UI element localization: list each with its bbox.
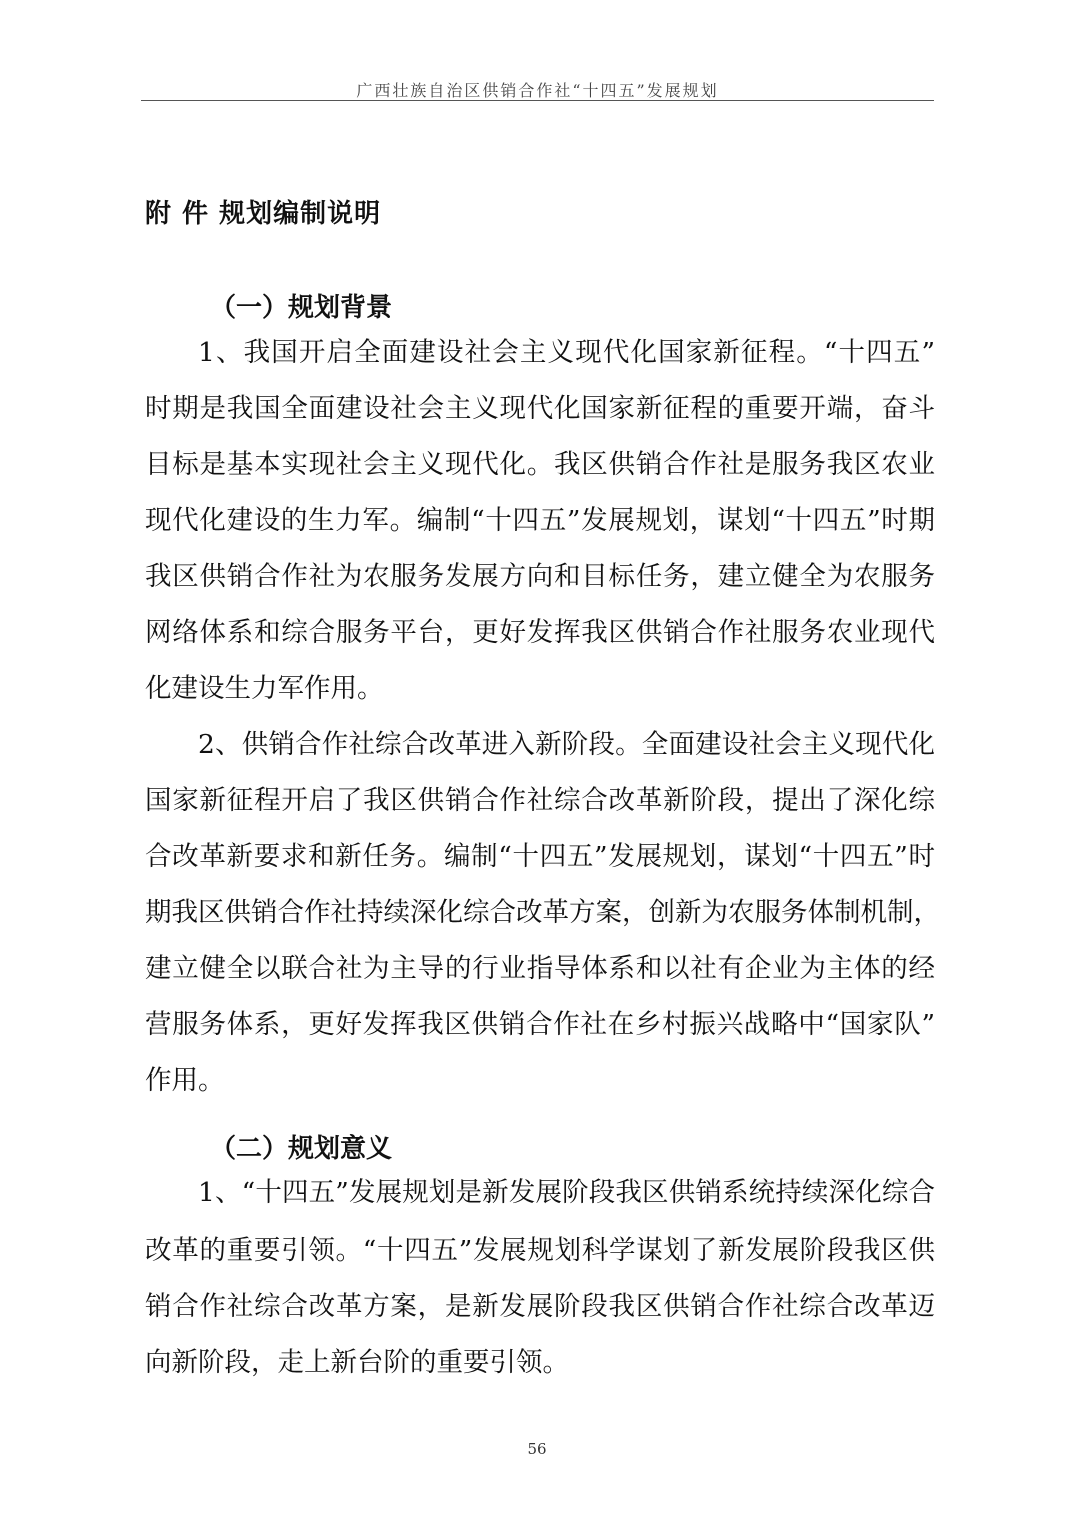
text-line: 期我区供销合作社持续深化综合改革方案，创新为农服务体制机制， [145,896,935,930]
text-line: 1、我国开启全面建设社会主义现代化国家新征程。“十四五” [198,336,935,370]
text-line: 国家新征程开启了我区供销合作社综合改革新阶段，提出了深化综 [145,784,935,818]
text-line: 我区供销合作社为农服务发展方向和目标任务，建立健全为农服务 [145,560,935,594]
running-header-title: 广西壮族自治区供销合作社“十四五”发展规划 [141,78,934,101]
text-line: 销合作社综合改革方案，是新发展阶段我区供销合作社综合改革迈 [145,1290,935,1324]
text-line: 合改革新要求和新任务。编制“十四五”发展规划，谋划“十四五”时 [145,840,935,874]
text-line: 目标是基本实现社会主义现代化。我区供销合作社是服务我区农业 [145,448,935,482]
text-line: 现代化建设的生力军。编制“十四五”发展规划，谋划“十四五”时期 [145,504,935,538]
text-line: 时期是我国全面建设社会主义现代化国家新征程的重要开端，奋斗 [145,392,935,426]
section-heading-background: （一）规划背景 [210,287,392,324]
document-title: 附 件 规划编制说明 [145,193,381,230]
section-heading-significance: （二）规划意义 [210,1128,392,1165]
text-line: 向新阶段，走上新台阶的重要引领。 [145,1346,935,1380]
text-line: 营服务体系，更好发挥我区供销合作社在乡村振兴战略中“国家队” [145,1008,935,1042]
text-line: 化建设生力军作用。 [145,672,935,706]
text-line: 作用。 [145,1064,935,1098]
page-number: 56 [0,1440,1074,1458]
text-line: 改革的重要引领。“十四五”发展规划科学谋划了新发展阶段我区供 [145,1234,935,1268]
text-line: 2、供销合作社综合改革进入新阶段。全面建设社会主义现代化 [198,728,935,762]
text-line: 建立健全以联合社为主导的行业指导体系和以社有企业为主体的经 [145,952,935,986]
text-line: 1、“十四五”发展规划是新发展阶段我区供销系统持续深化综合 [198,1176,935,1210]
text-line: 网络体系和综合服务平台，更好发挥我区供销合作社服务农业现代 [145,616,935,650]
header-divider [141,100,934,101]
